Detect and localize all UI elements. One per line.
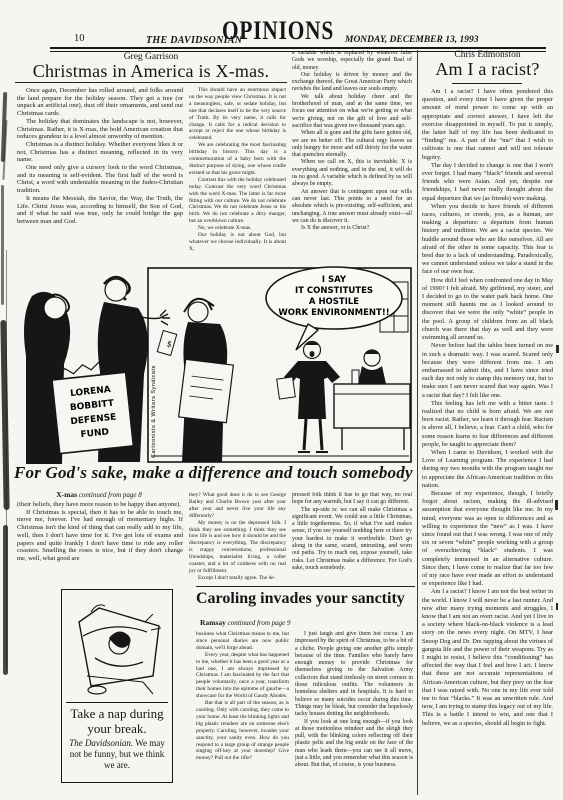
dateline: MONDAY, DECEMBER 13, 1993 xyxy=(345,35,478,45)
paragraph: a variable which is replaced by whatever… xyxy=(292,50,412,72)
feature-continued-line: X-mas continued from page 8 xyxy=(15,490,183,499)
paragraph: It means the Messiah, the Savior, the Wa… xyxy=(17,195,183,226)
scan-speck xyxy=(556,345,559,353)
paragraph: Our holiday is not about God, but whatev… xyxy=(189,232,286,253)
paragraph: Except I don't totally agree. The de- xyxy=(189,575,286,582)
paragraph: My money is on the depressed folk. I thi… xyxy=(189,520,286,575)
xmas-col-1: Once again, December has rolled around, … xyxy=(17,87,183,263)
paragraph: Am I a racist? I have often pondered thi… xyxy=(422,88,553,162)
section-banner: OPINIONS xyxy=(222,16,334,46)
paragraph: When you decide to have friends of diffe… xyxy=(422,203,553,277)
paragraph: Because of my experience, though, I brie… xyxy=(422,490,553,588)
paragraph: The holiday that dominates the landscape… xyxy=(17,118,183,141)
paragraph: This feeling has left me with a bitter t… xyxy=(422,400,553,449)
feature-col-1: (their beliefs, they have more reason to… xyxy=(17,501,183,588)
scan-edge-artifacts xyxy=(0,0,12,800)
paragraph: Is X the answer, or is Christ? xyxy=(292,225,412,232)
paragraph: Never before had the tables been turned … xyxy=(422,342,553,399)
ad-divider xyxy=(66,702,168,703)
newspaper-page: 10 THE DAVIDSONIAN OPINIONS MONDAY, DECE… xyxy=(0,0,563,800)
racist-headline-rule xyxy=(452,83,522,84)
paragraph: Christmas is a distinct holiday. Whether… xyxy=(17,141,183,164)
svg-text:A HOSTILE: A HOSTILE xyxy=(309,297,359,307)
page-number: 10 xyxy=(74,33,85,44)
paragraph: When I came to Davidson, I worked with t… xyxy=(422,449,553,490)
paragraph: I just laugh and give them hot cocoa. I … xyxy=(295,631,413,719)
paragraph: We are celebrating the most fascinating … xyxy=(189,142,286,177)
paragraph: business what Christmas means to me, but… xyxy=(196,631,289,652)
paragraph: When we call on X, this is inevitable. X… xyxy=(292,159,412,188)
xmas-headline: Christmas in America is X-mas. xyxy=(15,61,287,82)
paragraph: If you look at one long enough—if you lo… xyxy=(295,719,413,770)
paragraph: pressed folk think it has to go that way… xyxy=(292,492,412,507)
caroling-rule xyxy=(196,586,415,587)
caroling-headline: Caroling invades your sanctity xyxy=(196,590,416,608)
paragraph: How did I feel when confronted one day i… xyxy=(422,277,553,343)
paragraph: (their beliefs, they have more reason to… xyxy=(17,501,183,509)
racist-body: Am I a racist? I have often pondered thi… xyxy=(422,88,553,795)
xmas-col-3: a variable which is replaced by whatever… xyxy=(292,50,412,263)
ad-body: The Davidsonian. We may not be funny, bu… xyxy=(66,738,168,771)
house-ad: Take a nap during your break. The Davids… xyxy=(61,589,173,783)
paragraph: When all is gone and the gifts have gott… xyxy=(292,130,412,159)
paragraph: One need only give a cursory look to the… xyxy=(17,164,183,195)
ad-heading: Take a nap during your break. xyxy=(65,706,169,736)
svg-text:I SAY: I SAY xyxy=(322,275,347,285)
scan-speck xyxy=(555,500,558,510)
paragraph: Every year, despite what has happened to… xyxy=(196,652,289,700)
paragraph: This should have an enormous impact on t… xyxy=(189,87,286,142)
paragraph: No, we celebrate X-mas. xyxy=(189,225,286,232)
xmas-col-2: This should have an enormous impact on t… xyxy=(189,87,286,263)
caroling-col-2: I just laugh and give them hot cocoa. I … xyxy=(295,631,413,795)
paragraph: But that is all part of the season, as i… xyxy=(196,700,289,762)
caroling-continued-line: Ramsay continued from page 9 xyxy=(200,618,370,627)
paragraph: Once again, December has rolled around, … xyxy=(17,87,183,118)
feature-col-3: pressed folk think it has to go that way… xyxy=(292,492,412,588)
column-divider xyxy=(417,50,418,795)
feature-col-2: they? What good does it do to see George… xyxy=(189,492,286,588)
svg-text:WORK ENVIRONMENT!!: WORK ENVIRONMENT!! xyxy=(278,308,389,318)
header-rule xyxy=(50,47,546,49)
xmas-headline-rule xyxy=(15,82,287,83)
paragraph: they? What good does it do to see George… xyxy=(189,492,286,520)
paragraph: Our holiday is driven by money and the e… xyxy=(292,72,412,94)
cartoon-credit: Cartoonists & Writers Syndicate xyxy=(151,365,157,458)
paragraph: An answer that is contingent upon our wi… xyxy=(292,189,412,225)
feature-headline: For God's sake, make a difference and to… xyxy=(14,463,416,483)
editorial-cartoon: $ LORENA BOBBITT DEFENSE FUND I SAY IT C… xyxy=(12,266,413,464)
paragraph: Contrast this with the holiday celebrate… xyxy=(189,177,286,225)
paragraph: The up-side is: we can all make Christma… xyxy=(292,507,412,573)
paragraph: We talk about holiday cheer and the brot… xyxy=(292,94,412,130)
scan-speck xyxy=(556,603,558,610)
nap-illustration xyxy=(67,592,167,700)
racist-headline: Am I a racist? xyxy=(422,59,553,80)
paragraph: The day I decided to change is one that … xyxy=(422,162,553,203)
paragraph: Am I a racist? I know I am not the best … xyxy=(422,588,553,727)
paragraph: If Christmas is special, then it has to … xyxy=(17,509,183,563)
svg-text:IT CONSTITUTES: IT CONSTITUTES xyxy=(295,286,373,296)
caroling-col-1: business what Christmas means to me, but… xyxy=(196,631,289,795)
